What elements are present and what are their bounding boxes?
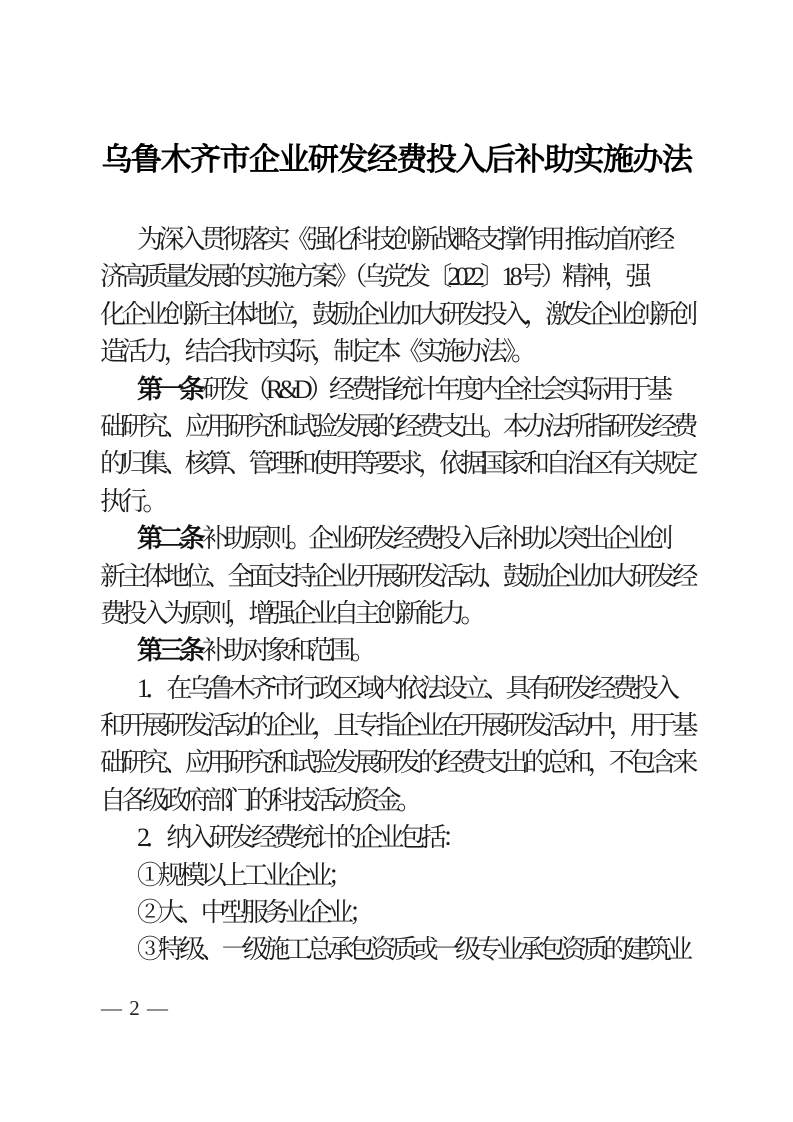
text-segment: ①规模以上工业企业；	[137, 861, 349, 890]
page-number: — 2 —	[101, 996, 169, 1021]
text-line: 自各级政府部门的科技活动资金。	[100, 782, 706, 819]
text-segment: 补助对象和范围。	[201, 636, 372, 665]
text-segment: 化企业创新主体地位，鼓励企业加大研发投入，激发企业创新创	[100, 300, 694, 329]
text-segment: ②大、中型服务业企业；	[137, 898, 370, 927]
text-line: 和开展研发活动的企业，且专指企业在开展研发活动中，用于基	[100, 707, 706, 744]
text-line: 2．纳入研发经费统计的企业包括：	[100, 819, 706, 856]
text-segment: 1．在乌鲁木齐市行政区域内依法设立、具有研发经费投入	[137, 674, 675, 703]
text-line: 济高质量发展的实施方案》（乌党发〔2022〕18 号）精神，强	[100, 258, 706, 295]
text-line: 第三条 补助对象和范围。	[100, 632, 706, 669]
text-line: 的归集、核算、管理和使用等要求，依据国家和自治区有关规定	[100, 445, 706, 482]
article-heading: 第三条	[137, 636, 201, 665]
document-body: 为深入贯彻落实《强化科技创新战略支撑作用 推动首府经济高质量发展的实施方案》（乌…	[100, 221, 706, 969]
text-segment: 造活力，结合我市实际，制定本《实施办法》。	[100, 337, 532, 366]
text-segment: 执行。	[100, 487, 164, 516]
text-line: 执行。	[100, 483, 706, 520]
text-segment: 自各级政府部门的科技活动资金。	[100, 786, 418, 815]
text-line: 新主体地位、全面支持企业开展研发活动、鼓励企业加大研发经	[100, 558, 706, 595]
text-line: 第一条 研发（R&D）经费指统计年度内全社会实际用于基	[100, 371, 706, 408]
article-heading: 第二条	[137, 524, 201, 553]
text-segment: 础研究、应用研究和试验发展的经费支出。本办法所指研发经费	[100, 412, 694, 441]
text-segment: ③特级、一级施工总承包资质或一级专业承包资质的建筑业	[137, 935, 688, 964]
text-line: 化企业创新主体地位，鼓励企业加大研发投入，激发企业创新创	[100, 296, 706, 333]
text-segment: 补助原则。企业研发经费投入后补助以突出企业创	[201, 524, 669, 553]
text-line: 造活力，结合我市实际，制定本《实施办法》。	[100, 333, 706, 370]
text-line: 础研究、应用研究和试验发展研发的经费支出的总和，不包含来	[100, 744, 706, 781]
document-page: 乌鲁木齐市企业研发经费投入后补助实施办法 为深入贯彻落实《强化科技创新战略支撑作…	[0, 0, 793, 1122]
text-segment: 的归集、核算、管理和使用等要求，依据国家和自治区有关规定	[100, 449, 694, 478]
text-line: ①规模以上工业企业；	[100, 857, 706, 894]
text-segment: 济高质量发展的实施方案》（乌党发〔2022〕18 号）精神，强	[100, 262, 647, 291]
text-segment: 费投入为原则，增强企业自主创新能力。	[100, 599, 482, 628]
text-line: 1．在乌鲁木齐市行政区域内依法设立、具有研发经费投入	[100, 670, 706, 707]
text-line: 础研究、应用研究和试验发展的经费支出。本办法所指研发经费	[100, 408, 706, 445]
text-line: 第二条 补助原则。企业研发经费投入后补助以突出企业创	[100, 520, 706, 557]
text-segment: 为深入贯彻落实《强化科技创新战略支撑作用 推动首府经	[137, 225, 670, 254]
text-segment: 新主体地位、全面支持企业开展研发活动、鼓励企业加大研发经	[100, 562, 694, 591]
text-line: ②大、中型服务业企业；	[100, 894, 706, 931]
text-line: 为深入贯彻落实《强化科技创新战略支撑作用 推动首府经	[100, 221, 706, 258]
text-segment: 础研究、应用研究和试验发展研发的经费支出的总和，不包含来	[100, 748, 694, 777]
article-heading: 第一条	[137, 375, 201, 404]
text-line: ③特级、一级施工总承包资质或一级专业承包资质的建筑业	[100, 931, 706, 968]
document-title: 乌鲁木齐市企业研发经费投入后补助实施办法	[0, 134, 793, 179]
text-segment: 2．纳入研发经费统计的企业包括：	[137, 823, 463, 852]
text-line: 费投入为原则，增强企业自主创新能力。	[100, 595, 706, 632]
text-segment: 和开展研发活动的企业，且专指企业在开展研发活动中，用于基	[100, 711, 694, 740]
text-segment: 研发（R&D）经费指统计年度内全社会实际用于基	[201, 375, 669, 404]
